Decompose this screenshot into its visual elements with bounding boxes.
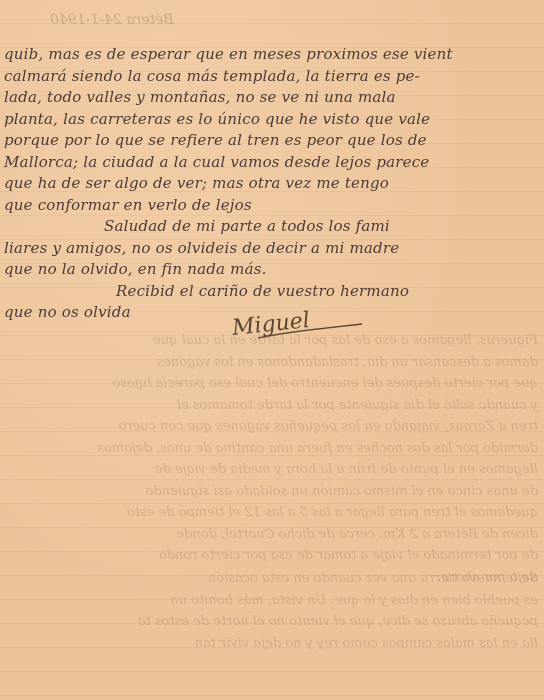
bleed-through-text-block: Figueras, llegamos a eso de las por la t… [0, 330, 544, 588]
signature-flourish-icon [256, 322, 366, 342]
letter-line: planta, las carreteras es lo único que h… [4, 109, 544, 131]
letter-line: calmará siendo la cosa más templada, la … [4, 66, 544, 88]
letter-line: lada, todo valles y montañas, no se ve n… [4, 87, 544, 109]
bleed-through-line: pequeño abrazo se dice, que el viento no… [0, 611, 544, 633]
letter-body: quib, mas es de esperar que en meses pro… [4, 44, 544, 324]
bleed-through-line: tren a Zarauz, viajando en los pequeños … [0, 416, 544, 438]
bleed-through-line: dicen de Bétera a 2 Km. cerca de dicho C… [0, 524, 544, 546]
letter-line: que conformar en verlo de lejos [4, 195, 544, 217]
bleed-through-line: de por terminado el viaje a tomar de esa… [0, 545, 544, 567]
letter-line: que no la olvido, en fin nada más. [4, 259, 544, 281]
bleed-through-line: de unas cinco en el mismo camión un sold… [0, 481, 544, 503]
bleed-through-line: dormido por las dos noches en fuera una … [0, 438, 544, 460]
letter-line: quib, mas es de esperar que en meses pro… [4, 44, 544, 66]
bleed-through-line: llegamos en el punto de Irún a la hora y… [0, 459, 544, 481]
bleed-through-line: lla en las malas campos como rey y no de… [0, 633, 544, 655]
bleed-through-lower-block: Se le nueva tierra una vez cuando en est… [0, 568, 544, 654]
letter-line: Mallorca; la ciudad a la cual vamos desd… [4, 152, 544, 174]
bleed-through-line: Se le nueva tierra una vez cuando en est… [0, 568, 544, 590]
bleed-through-line: es pueblo bien en dias y lo que. Un vist… [0, 590, 544, 612]
bleed-through-line: que por cierto después del encuentro del… [0, 373, 544, 395]
letter-line: Recibid el cariño de vuestro hermano [4, 281, 544, 303]
bleed-through-header: Bétera 24-1-1940 [50, 12, 174, 28]
bleed-through-line: y cuando salió el día siguiente por la t… [0, 395, 544, 417]
letter-line: que ha de ser algo de ver; mas otra vez … [4, 173, 544, 195]
bleed-through-line: quedamos el tren para llegar a las 5 a l… [0, 502, 544, 524]
letter-line: porque por lo que se refiere al tren es … [4, 130, 544, 152]
letter-line: Saludad de mi parte a todos los fami [4, 216, 544, 238]
letter-page: Bétera 24-1-1940 Figueras, llegamos a es… [0, 0, 544, 700]
letter-line: liares y amigos, no os olvideis de decir… [4, 238, 544, 260]
bleed-through-line: damos a descansar un dia, trasladandonos… [0, 352, 544, 374]
